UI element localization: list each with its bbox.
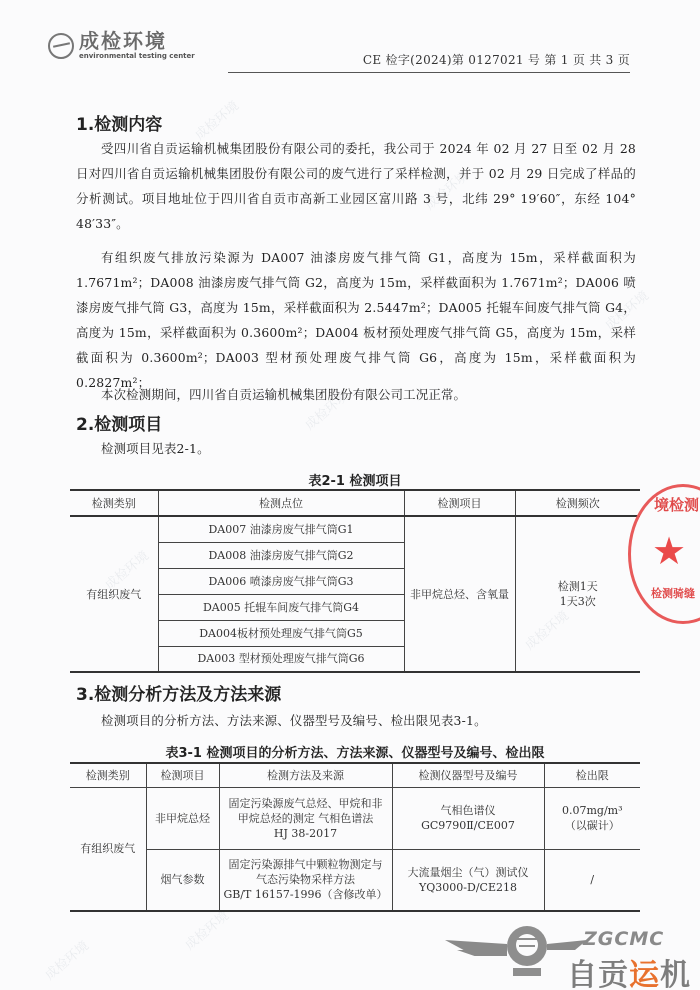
logo-english-name: environmental testing center bbox=[79, 52, 195, 61]
table-3-1: 检测类别 检测项目 检测方法及来源 检测仪器型号及编号 检出限 有组织废气 非甲… bbox=[70, 762, 640, 912]
report-page: 成检环境 成检环境 成检环境 成检环境 成检环境 成检环境 成检环境 成检环境 … bbox=[0, 0, 700, 990]
header-divider bbox=[228, 72, 630, 73]
method-line: 气态污染物采样方法 bbox=[223, 872, 389, 887]
point-cell: DA005 托辊车间废气排气筒G4 bbox=[158, 594, 404, 620]
method-cell: 固定污染源排气中颗粒物测定与 气态污染物采样方法 GB/T 16157-1996… bbox=[219, 849, 392, 911]
table-3-1-caption: 表3-1 检测项目的分析方法、方法来源、仪器型号及编号、检出限 bbox=[70, 742, 640, 761]
section-1-paragraph-3: 本次检测期间，四川省自贡运输机械集团股份有限公司工况正常。 bbox=[76, 382, 636, 407]
item-cell: 烟气参数 bbox=[146, 849, 219, 911]
section-1-paragraph-1: 受四川省自贡运输机械集团股份有限公司的委托，我公司于 2024 年 02 月 2… bbox=[76, 136, 636, 236]
table-header-cell: 检出限 bbox=[544, 763, 640, 787]
limit-cell: / bbox=[544, 849, 640, 911]
items-cell: 非甲烷总烃、含氧量 bbox=[404, 516, 515, 672]
wing-left-icon bbox=[445, 940, 507, 950]
logo-chinese-name: 成检环境 bbox=[79, 30, 195, 52]
section-3-title: 3.检测分析方法及方法来源 bbox=[76, 680, 281, 705]
globe-bar bbox=[517, 938, 537, 940]
report-number: CE 检字(2024)第 0127021 号 第 1 页 共 3 页 bbox=[363, 51, 630, 68]
method-cell: 固定污染源废气总烃、甲烷和非 甲烷总烃的测定 气相色谱法 HJ 38-2017 bbox=[219, 787, 392, 849]
instrument-name: 大流量烟尘（气）测试仪 bbox=[396, 865, 541, 880]
table-2-1-caption: 表2-1 检测项目 bbox=[70, 470, 640, 489]
globe-bar bbox=[519, 945, 535, 947]
method-standard: HJ 38-2017 bbox=[223, 826, 389, 841]
category-cell: 有组织废气 bbox=[70, 787, 146, 911]
section-2-intro: 检测项目见表2-1。 bbox=[76, 436, 636, 461]
brand-cn-part: 机 bbox=[660, 958, 691, 990]
method-standard: GB/T 16157-1996（含修改单） bbox=[223, 887, 389, 902]
table-header-cell: 检测频次 bbox=[515, 490, 640, 516]
section-2-title: 2.检测项目 bbox=[76, 410, 162, 435]
instrument-model: GC9790Ⅱ/CE007 bbox=[396, 818, 541, 833]
brand-cn-part: 自贡 bbox=[567, 958, 629, 990]
section-3-intro: 检测项目的分析方法、方法来源、仪器型号及编号、检出限见表3-1。 bbox=[76, 708, 636, 733]
point-cell: DA004板材预处理废气排气筒G5 bbox=[158, 620, 404, 646]
limit-cell: 0.07mg/m³ （以碳计） bbox=[544, 787, 640, 849]
table-header-cell: 检测点位 bbox=[158, 490, 404, 516]
point-cell: DA006 喷漆房废气排气筒G3 bbox=[158, 568, 404, 594]
table-2-1: 检测类别 检测点位 检测项目 检测频次 有组织废气 DA007 油漆房废气排气筒… bbox=[70, 489, 640, 673]
instrument-cell: 大流量烟尘（气）测试仪 YQ3000-D/CE218 bbox=[392, 849, 544, 911]
table-header-cell: 检测项目 bbox=[146, 763, 219, 787]
table-header-cell: 检测方法及来源 bbox=[219, 763, 392, 787]
watermark: 成检环境 bbox=[40, 936, 92, 984]
method-line: 甲烷总烃的测定 气相色谱法 bbox=[223, 811, 389, 826]
brand-english: ZGCMC bbox=[583, 928, 664, 950]
limit-note: （以碳计） bbox=[548, 818, 638, 833]
stamp-top-text: 境检测 bbox=[654, 494, 699, 515]
instrument-cell: 气相色谱仪 GC9790Ⅱ/CE007 bbox=[392, 787, 544, 849]
point-cell: DA007 油漆房废气排气筒G1 bbox=[158, 516, 404, 542]
globe-base bbox=[513, 968, 541, 976]
wing-left-icon bbox=[457, 950, 507, 956]
table-header-cell: 检测项目 bbox=[404, 490, 515, 516]
stamp-bottom-text: 检测骑缝 bbox=[651, 585, 695, 601]
star-icon: ★ bbox=[652, 532, 686, 570]
table-header-cell: 检测仪器型号及编号 bbox=[392, 763, 544, 787]
point-cell: DA003 型材预处理废气排气筒G6 bbox=[158, 646, 404, 672]
company-logo: 成检环境 environmental testing center bbox=[48, 30, 195, 61]
item-cell: 非甲烷总烃 bbox=[146, 787, 219, 849]
watermark: 成检环境 bbox=[180, 906, 232, 954]
brand-cn-accent: 运 bbox=[629, 958, 660, 990]
frequency-line-1: 检测1天 bbox=[519, 579, 638, 594]
table-header-cell: 检测类别 bbox=[70, 490, 158, 516]
limit-value: / bbox=[548, 872, 638, 887]
frequency-line-2: 1天3次 bbox=[519, 594, 638, 609]
logo-e-icon bbox=[48, 33, 74, 59]
category-cell: 有组织废气 bbox=[70, 516, 158, 672]
method-line: 固定污染源排气中颗粒物测定与 bbox=[223, 857, 389, 872]
section-1-title: 1.检测内容 bbox=[76, 110, 162, 135]
brand-chinese: 自贡运机 bbox=[567, 950, 691, 990]
frequency-cell: 检测1天 1天3次 bbox=[515, 516, 640, 672]
instrument-name: 气相色谱仪 bbox=[396, 803, 541, 818]
section-1-paragraph-2: 有组织废气排放污染源为 DA007 油漆房废气排气筒 G1，高度为 15m，采样… bbox=[76, 245, 636, 395]
footer-brand-logo: ZGCMC 自贡运机 bbox=[445, 922, 695, 988]
wing-right-icon bbox=[547, 940, 587, 950]
method-line: 固定污染源废气总烃、甲烷和非 bbox=[223, 796, 389, 811]
point-cell: DA008 油漆房废气排气筒G2 bbox=[158, 542, 404, 568]
limit-value: 0.07mg/m³ bbox=[548, 803, 638, 818]
table-header-cell: 检测类别 bbox=[70, 763, 146, 787]
instrument-model: YQ3000-D/CE218 bbox=[396, 880, 541, 895]
